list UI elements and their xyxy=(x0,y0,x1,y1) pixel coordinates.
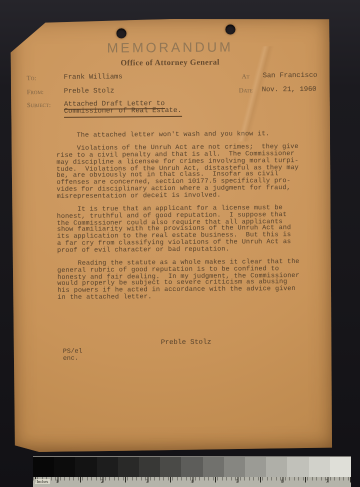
memo-paper: MEMORANDUM Office of Attorney General To… xyxy=(10,18,332,452)
signature: Preble Stolz xyxy=(161,339,211,347)
subject-line-2: Commissioner of Real Estate. xyxy=(64,107,182,117)
ruler-number: 4 xyxy=(191,480,194,485)
ruler-label: Inches xyxy=(35,479,50,484)
ruler-number: 7 xyxy=(326,480,329,485)
wedge-step xyxy=(245,457,266,478)
field-label-at: At xyxy=(242,73,250,80)
ruler-number: 1 xyxy=(56,480,59,485)
field-label-date: Date xyxy=(239,87,253,94)
ruler-number: 5 xyxy=(236,480,239,485)
body-paragraph: The attached letter won't wash and you k… xyxy=(56,131,320,140)
wedge-step xyxy=(181,457,202,478)
wedge-step xyxy=(287,457,308,478)
wedge-step xyxy=(33,457,54,478)
punch-hole-left xyxy=(116,28,126,38)
field-label-subject: Subject: xyxy=(27,102,51,109)
memo-body: The attached letter won't wash and you k… xyxy=(56,131,321,308)
wedge-step xyxy=(160,457,181,478)
field-value-from: Preble Stolz xyxy=(64,87,114,95)
field-value-to: Frank Williams xyxy=(64,73,123,81)
ruler-number: 2 xyxy=(101,480,104,485)
body-paragraph: Violations of the Unruh Act are not crim… xyxy=(56,144,320,200)
wedge-step xyxy=(97,457,118,478)
ruler-number: 3 xyxy=(146,480,149,485)
wedge-step xyxy=(118,457,139,478)
memo-title: MEMORANDUM xyxy=(10,39,329,57)
wedge-step xyxy=(139,457,160,478)
wedge-step xyxy=(75,457,96,478)
wedge-step xyxy=(330,457,351,478)
photo-backdrop: MEMORANDUM Office of Attorney General To… xyxy=(0,0,360,487)
ruler: Inches 1234567 xyxy=(33,477,351,487)
body-paragraph: It is true that an applicant for a licen… xyxy=(57,205,321,254)
grayscale-wedge xyxy=(33,456,351,478)
enclosure-note: enc. xyxy=(63,355,79,362)
wedge-step xyxy=(309,457,330,478)
field-value-date: Nov. 21, 1960 xyxy=(262,85,317,93)
wedge-step xyxy=(203,457,224,478)
wedge-step xyxy=(54,457,75,478)
punch-hole-right xyxy=(225,24,235,34)
wedge-step xyxy=(266,457,287,478)
field-label-from: From: xyxy=(27,89,44,96)
body-paragraph: Reading the statute as a whole makes it … xyxy=(57,259,321,302)
field-label-to: To: xyxy=(27,75,36,82)
memo-subtitle: Office of Attorney General xyxy=(11,57,330,69)
ruler-number: 6 xyxy=(281,480,284,485)
field-value-at: San Francisco xyxy=(263,71,318,79)
wedge-step xyxy=(224,457,245,478)
